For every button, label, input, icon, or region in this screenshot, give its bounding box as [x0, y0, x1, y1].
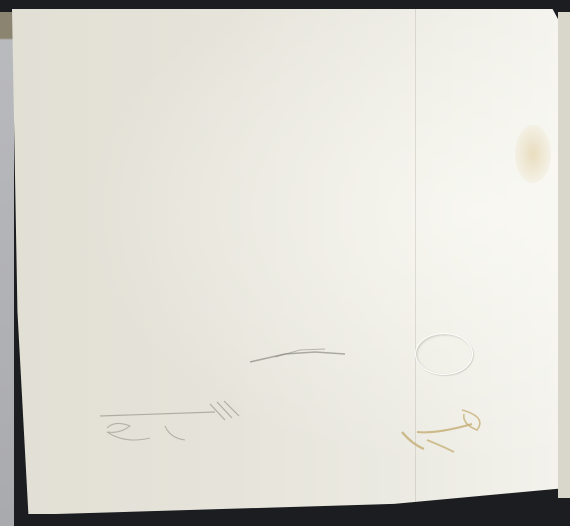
backdrop-right: [558, 12, 570, 498]
pencil-mark-icon: [245, 340, 355, 370]
stamp-mark: [515, 125, 551, 183]
embossed-seal: [415, 333, 473, 375]
ink-signature-icon: [392, 402, 492, 460]
backdrop-left: [0, 12, 14, 526]
pencil-signature-icon: [95, 398, 255, 458]
